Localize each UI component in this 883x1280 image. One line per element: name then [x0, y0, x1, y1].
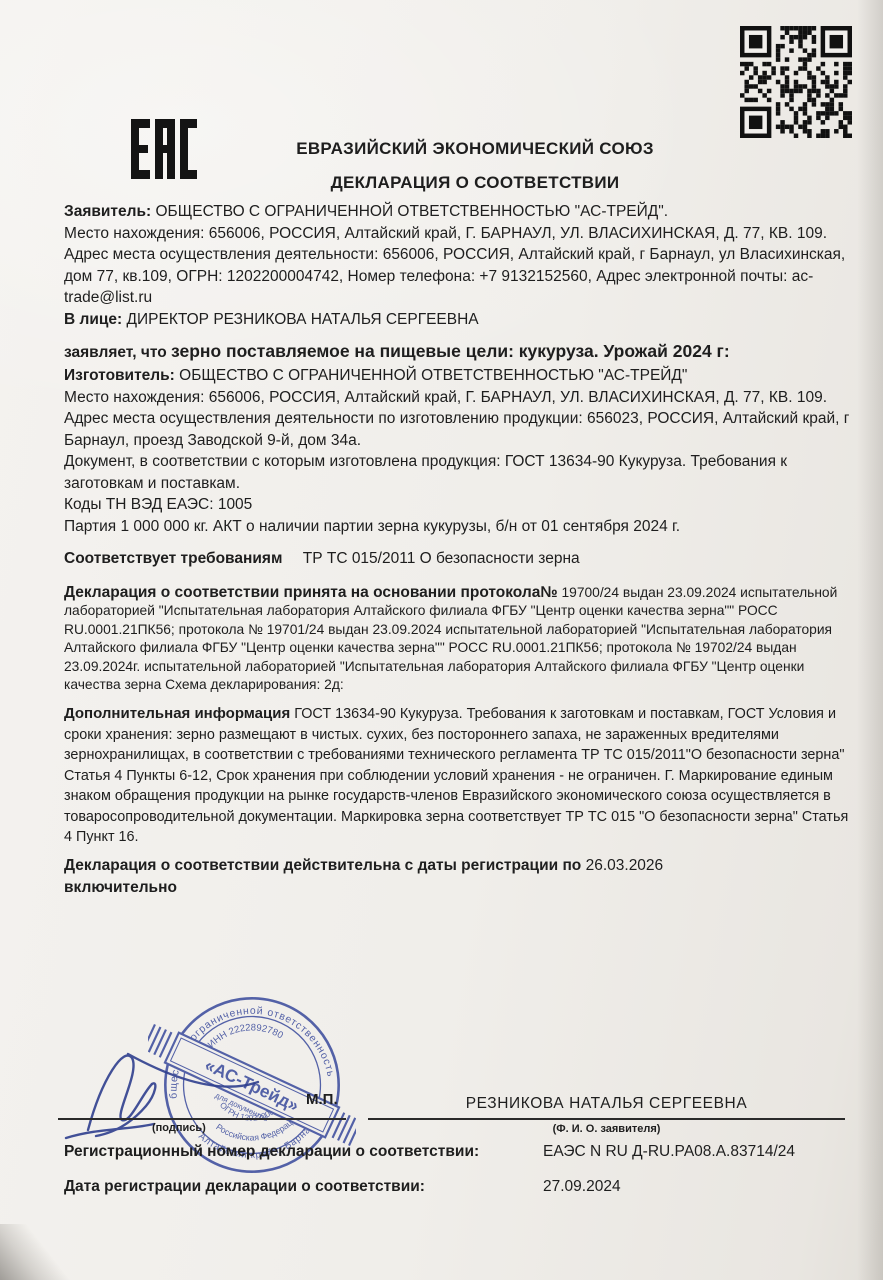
applicant-name: ОБЩЕСТВО С ОГРАНИЧЕННОЙ ОТВЕТСТВЕННОСТЬЮ… — [156, 203, 669, 220]
applicant-details: Место нахождения: 656006, РОССИЯ, Алтайс… — [64, 225, 845, 307]
reg-date-value: 27.09.2024 — [543, 1178, 621, 1196]
basis-paragraph: Декларация о соответствии принята на осн… — [64, 584, 850, 696]
declare-label: заявляет, что — [64, 344, 167, 361]
person-name: ДИРЕКТОР РЕЗНИКОВА НАТАЛЬЯ СЕРГЕЕВНА — [127, 311, 479, 328]
product-document: Документ, в соответствии с которым изгот… — [64, 453, 787, 492]
header-title: ДЕКЛАРАЦИЯ О СООТВЕТСТВИИ — [90, 173, 860, 193]
tnved-code: Коды ТН ВЭД ЕАЭС: 1005 — [64, 496, 252, 513]
fio-caption: (Ф. И. О. заявителя) — [368, 1123, 845, 1135]
manufacturer-label: Изготовитель: — [64, 367, 175, 384]
validity-date: 26.03.2026 — [586, 857, 664, 874]
signature-line — [58, 1118, 346, 1120]
fio-name: РЕЗНИКОВА НАТАЛЬЯ СЕРГЕЕВНА — [368, 1095, 845, 1113]
person-label: В лице: — [64, 311, 122, 328]
batch-info: Партия 1 000 000 кг. АКТ о наличии парти… — [64, 518, 680, 535]
document-page: ЕВРАЗИЙСКИЙ ЭКОНОМИЧЕСКИЙ СОЮЗ ДЕКЛАРАЦИ… — [0, 0, 883, 1280]
qr-code — [740, 26, 852, 138]
basis-label: Декларация о соответствии принята на осн… — [64, 584, 558, 601]
validity-label: Декларация о соответствии действительна … — [64, 857, 581, 874]
product-name: зерно поставляемое на пищевые цели: куку… — [171, 341, 730, 361]
signature-caption: (подпись) — [152, 1122, 206, 1134]
registration-date-row: Дата регистрации декларации о соответств… — [64, 1178, 850, 1196]
compliance-line: Соответствует требованиям ТР ТС 015/2011… — [64, 548, 850, 570]
compliance-label: Соответствует требованиям — [64, 550, 282, 567]
additional-paragraph: Дополнительная информация ГОСТ 13634-90 … — [64, 704, 850, 848]
additional-text: ГОСТ 13634-90 Кукуруза. Требования к заг… — [64, 706, 848, 845]
applicant-paragraph: Заявитель: ОБЩЕСТВО С ОГРАНИЧЕННОЙ ОТВЕТ… — [64, 201, 850, 330]
manufacturer-paragraph: Изготовитель: ОБЩЕСТВО С ОГРАНИЧЕННОЙ ОТ… — [64, 365, 850, 537]
document-header: ЕВРАЗИЙСКИЙ ЭКОНОМИЧЕСКИЙ СОЮЗ ДЕКЛАРАЦИ… — [90, 139, 860, 193]
reg-number-value: ЕАЭС N RU Д-RU.РА08.А.83714/24 — [543, 1143, 795, 1161]
validity-suffix: включительно — [64, 879, 177, 896]
header-union: ЕВРАЗИЙСКИЙ ЭКОНОМИЧЕСКИЙ СОЮЗ — [90, 139, 860, 159]
document-body: Заявитель: ОБЩЕСТВО С ОГРАНИЧЕННОЙ ОТВЕТ… — [64, 201, 850, 899]
page-corner-fold — [0, 1224, 70, 1280]
manufacturer-address: Адрес места осуществления деятельности п… — [64, 410, 849, 449]
additional-label: Дополнительная информация — [64, 705, 290, 722]
validity-paragraph: Декларация о соответствии действительна … — [64, 855, 850, 899]
mp-label: М.П. — [306, 1091, 338, 1108]
manufacturer-name: ОБЩЕСТВО С ОГРАНИЧЕННОЙ ОТВЕТСТВЕННОСТЬЮ… — [179, 367, 687, 384]
applicant-label: Заявитель: — [64, 203, 151, 220]
reg-date-label: Дата регистрации декларации о соответств… — [64, 1178, 425, 1195]
reg-number-label: Регистрационный номер декларации о соотв… — [64, 1143, 479, 1160]
fio-line — [368, 1118, 845, 1120]
manufacturer-location: Место нахождения: 656006, РОССИЯ, Алтайс… — [64, 389, 827, 406]
declare-line: заявляет, что зерно поставляемое на пище… — [64, 339, 850, 365]
registration-number-row: Регистрационный номер декларации о соотв… — [64, 1143, 850, 1161]
compliance-value: ТР ТС 015/2011 О безопасности зерна — [303, 550, 580, 567]
